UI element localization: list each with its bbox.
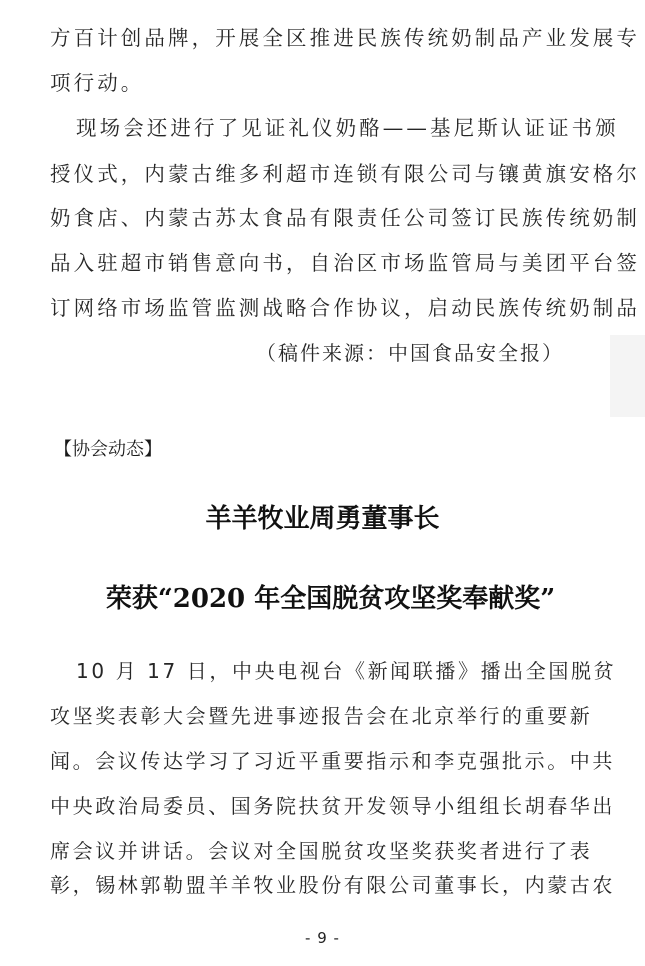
article-body-line: 中央政治局委员、国务院扶贫开发领导小组组长胡春华出 [50,793,480,819]
section-tag: 【协会动态】 [54,438,162,462]
article-body-line: 彰，锡林郭勒盟羊羊牧业股份有限公司董事长，内蒙古农 [50,872,480,898]
page-number: - 9 - [0,929,645,947]
paragraph-line: 项行动。 [50,70,480,96]
paragraph-line: 方百计创品牌，开展全区推进民族传统奶制品产业发展专 [50,25,480,51]
article-body-line: 闻。会议传达学习了习近平重要指示和李克强批示。中共 [50,748,480,774]
paragraph-line: 授仪式，内蒙古维多利超市连锁有限公司与镶黄旗安格尔 [50,161,480,187]
paragraph-line: 现场会还进行了见证礼仪奶酪——基尼斯认证证书颁 [76,115,506,141]
paragraph-line: 品入驻超市销售意向书，自治区市场监管局与美团平台签 [50,250,480,276]
article-body-line: 10 月 17 日，中央电视台《新闻联播》播出全国脱贫 [76,658,506,684]
article-body-line: 攻坚奖表彰大会暨先进事迹报告会在北京举行的重要新 [50,703,480,729]
document-page: 方百计创品牌，开展全区推进民族传统奶制品产业发展专 项行动。 现场会还进行了见证… [0,0,645,966]
paragraph-line: 订网络市场监管监测战略合作协议，启动民族传统奶制品 [50,295,480,321]
article-body-line: 席会议并讲话。会议对全国脱贫攻坚奖获奖者进行了表 [50,838,480,864]
article-title-line2: 荣获“2020 年全国脱贫攻坚奖奉献奖” [8,582,645,616]
article-title-line1: 羊羊牧业周勇董事长 [0,502,645,536]
paragraph-line: 奶食店、内蒙古苏太食品有限责任公司签订民族传统奶制 [50,205,480,231]
source-citation: （稿件来源：中国食品安全报） [256,340,564,366]
scan-edge-shade [610,335,645,417]
